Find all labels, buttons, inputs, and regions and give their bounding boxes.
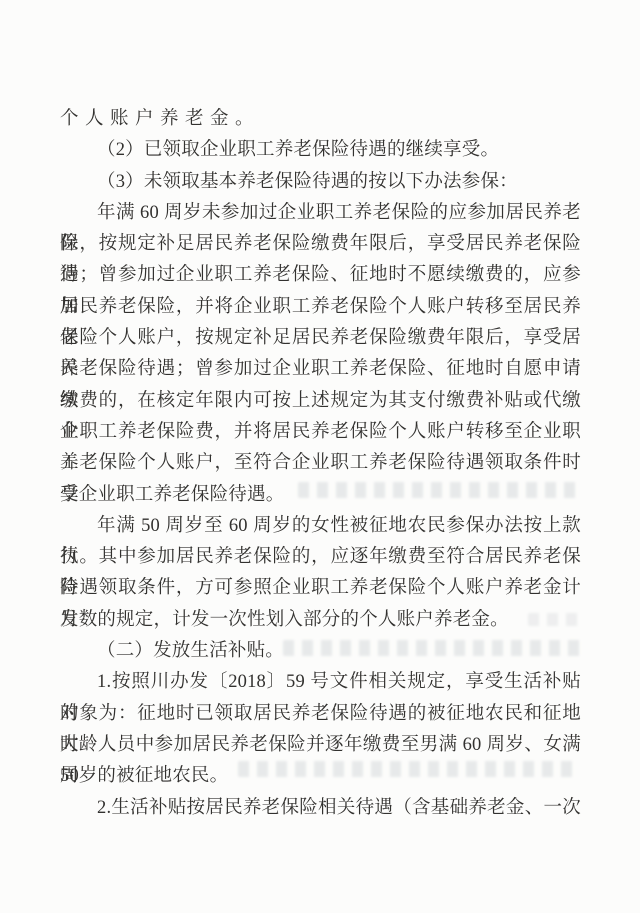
text-line: 养老保险待遇；曾参加过企业职工养老保险、征地时自愿申请续 — [60, 354, 581, 385]
text-line: 缴费的，在核定年限内可按上述规定为其支付缴费补贴或代缴企 — [60, 386, 581, 417]
text-line: 大龄人员中参加居民养老保险并逐年缴费至男满 60 周岁、女满 50 — [60, 730, 581, 761]
text-line: 待遇领取条件，方可参照企业职工养老保险个人账户养老金计发 — [60, 573, 581, 604]
text-line: 月数的规定，计发一次性划入部分的个人账户养老金。 — [60, 605, 581, 636]
text-line: 险，按规定补足居民养老保险缴费年限后，享受居民养老保险待 — [60, 229, 581, 260]
document-page: 个人账户养老金。 （2）已领取企业职工养老保险待遇的继续享受。 （3）未领取基本… — [0, 0, 640, 913]
text-line: 行。其中参加居民养老保险的，应逐年缴费至符合居民养老保险 — [60, 542, 581, 573]
text-line: 个人账户养老金。 — [60, 104, 581, 135]
text-line-list-item-3: （3）未领取基本养老保险待遇的按以下办法参保： — [60, 167, 581, 198]
text-line-list-item-2: （2）已领取企业职工养老保险待遇的继续享受。 — [60, 135, 581, 166]
text-line-numbered-item-1: 1.按照川办发〔2018〕59 号文件相关规定，享受生活补贴的 — [60, 667, 581, 698]
text-line: 养老保险个人账户，至符合企业职工养老保险待遇领取条件时享 — [60, 448, 581, 479]
text-line-numbered-item-2: 2.生活补贴按居民养老保险相关待遇（含基础养老金、一次 — [60, 793, 581, 824]
text-line: 遇；曾参加过企业职工养老保险、征地时不愿续缴费的，应参加 — [60, 260, 581, 291]
text-line: 保险个人账户，按规定补足居民养老保险缴费年限后，享受居民 — [60, 323, 581, 354]
document-body-text: 个人账户养老金。 （2）已领取企业职工养老保险待遇的继续享受。 （3）未领取基本… — [60, 104, 581, 824]
text-line: 年满 50 周岁至 60 周岁的女性被征地农民参保办法按上款执 — [60, 511, 581, 542]
bleed-through-artifact — [283, 640, 580, 656]
text-line: 对象为：征地时已领取居民养老保险待遇的被征地农民和征地时 — [60, 699, 581, 730]
bleed-through-artifact — [238, 761, 580, 777]
text-line: 年满 60 周岁未参加过企业职工养老保险的应参加居民养老保 — [60, 198, 581, 229]
bleed-through-artifact — [528, 613, 580, 626]
text-line: 居民养老保险，并将企业职工养老保险个人账户转移至居民养老 — [60, 292, 581, 323]
bleed-through-artifact — [298, 482, 580, 498]
text-line: 业职工养老保险费，并将居民养老保险个人账户转移至企业职工 — [60, 417, 581, 448]
